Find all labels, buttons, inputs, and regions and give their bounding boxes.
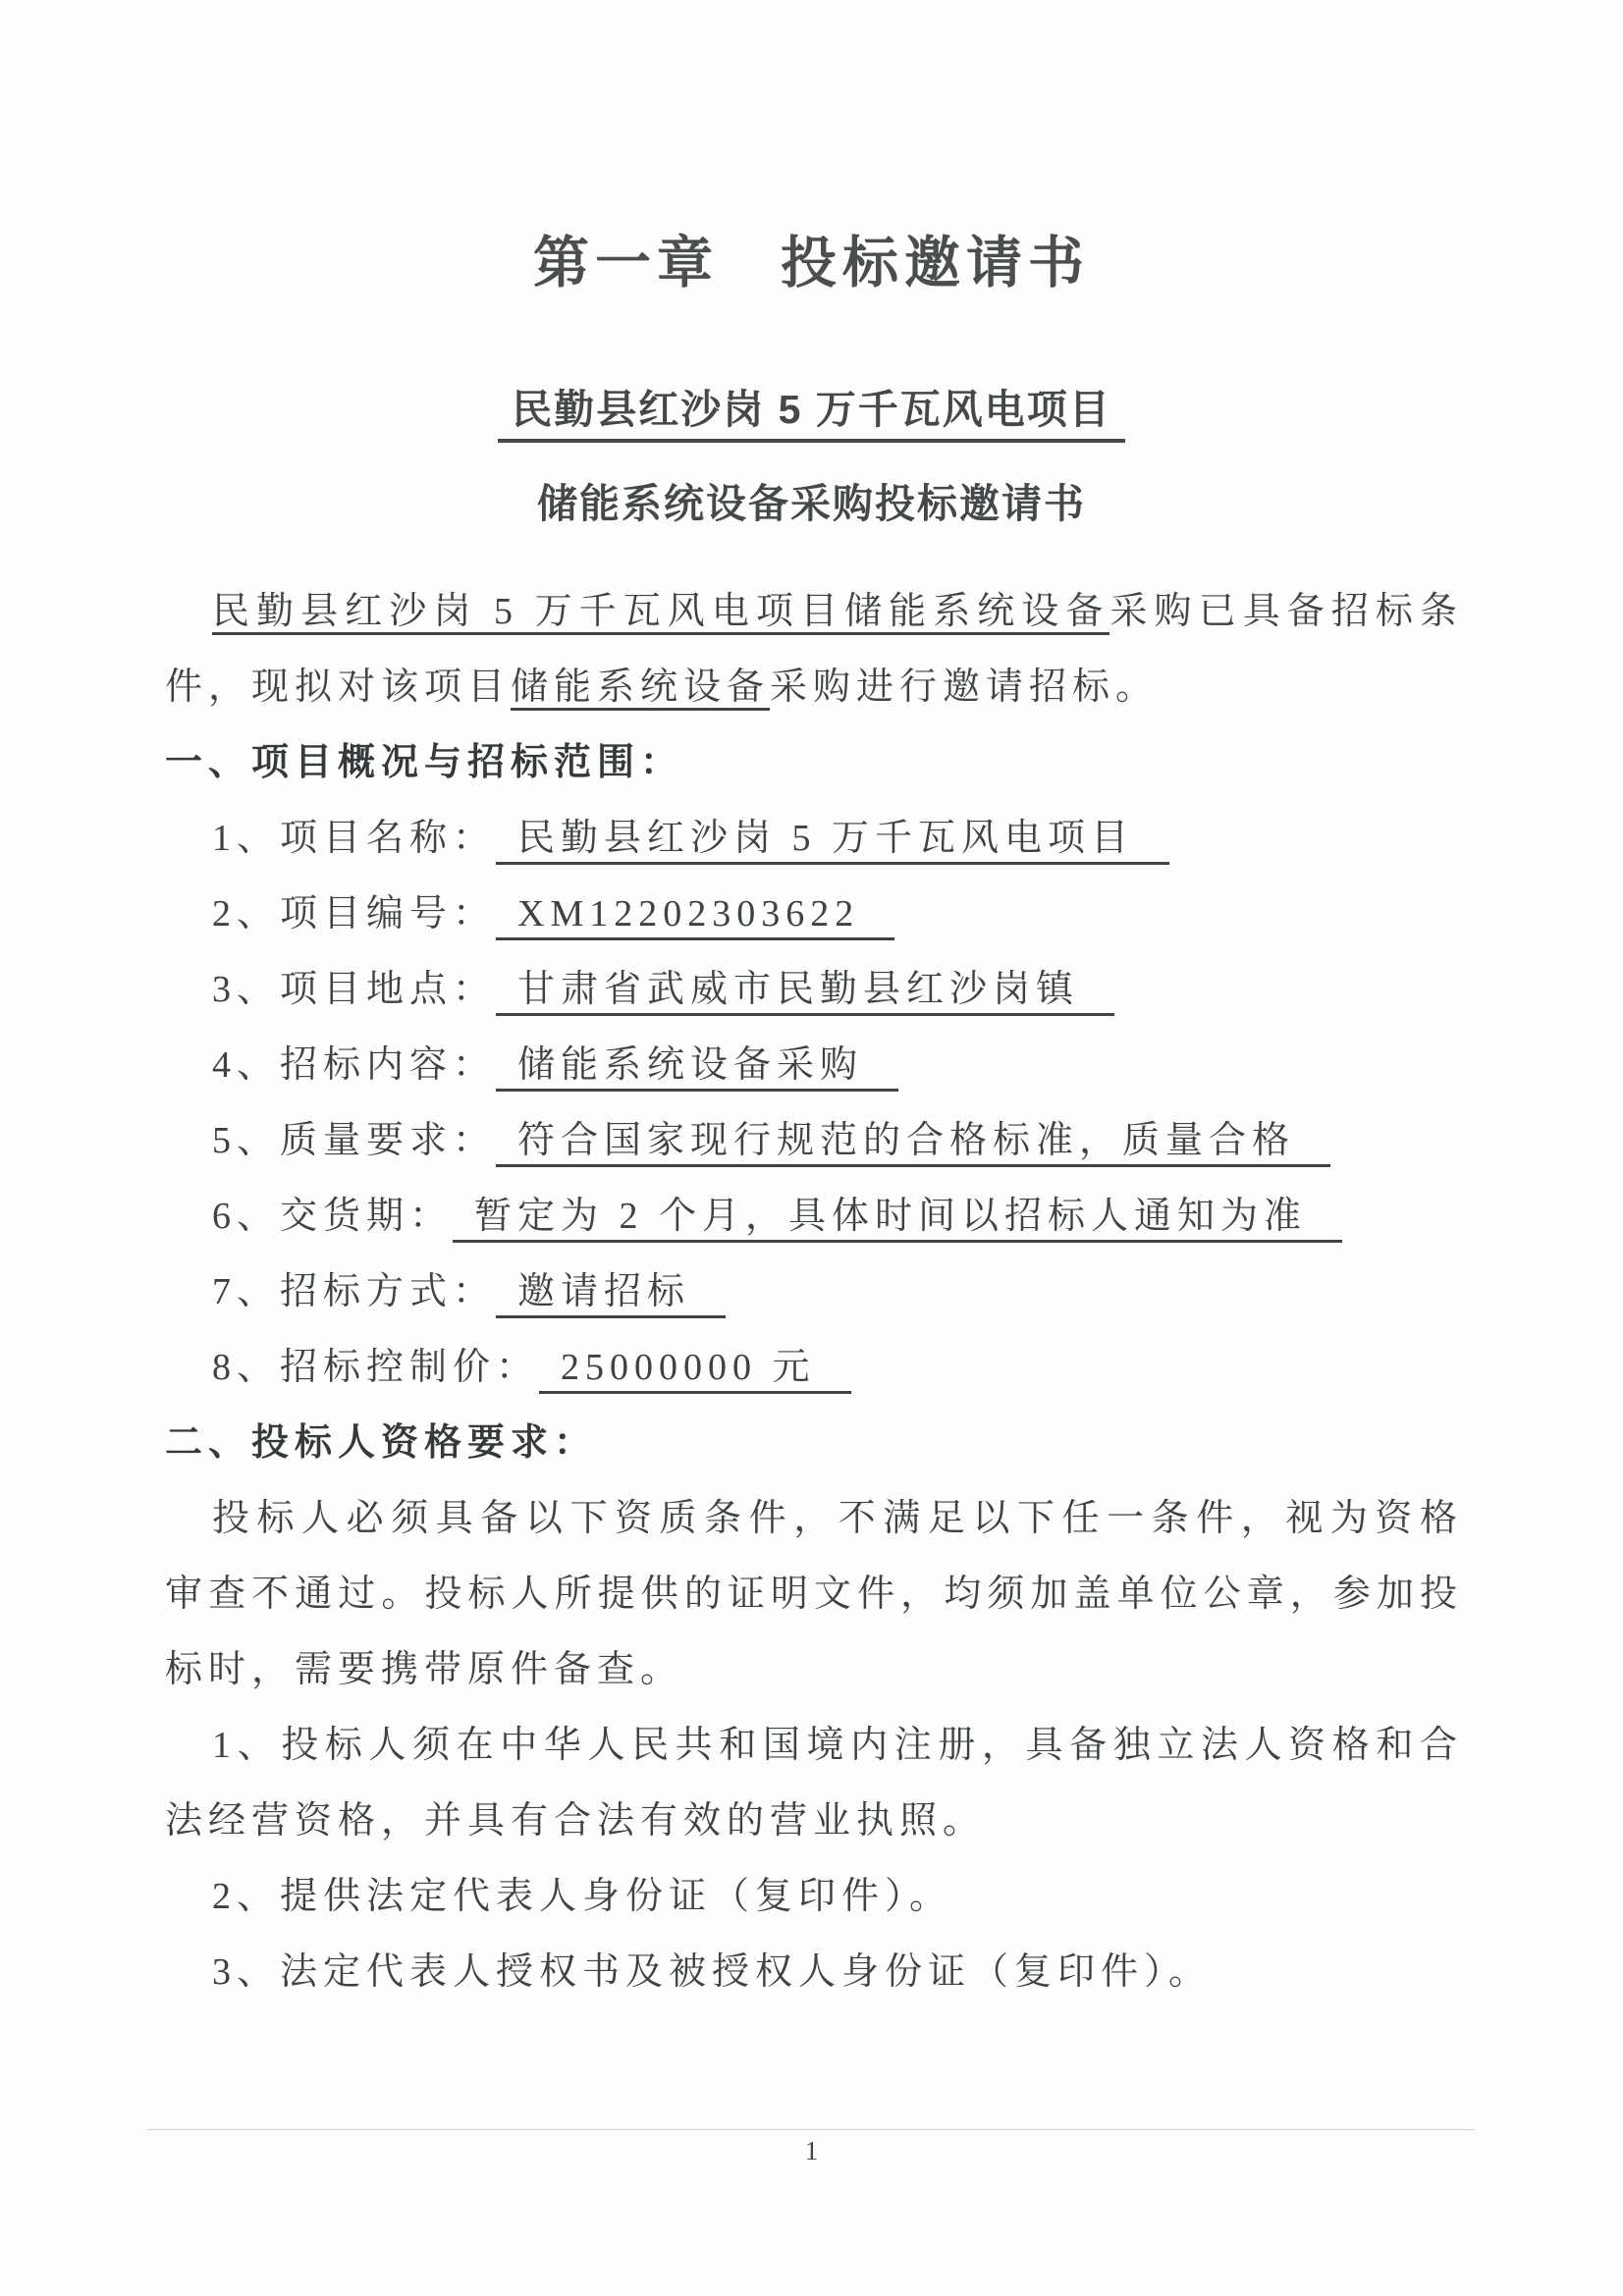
item-bid-content-label: 4、招标内容： (212, 1044, 496, 1086)
item-quality-requirement: 5、质量要求：符合国家现行规范的合格标准，质量合格 (165, 1103, 1463, 1179)
item-delivery-period-label: 6、交货期： (212, 1196, 453, 1237)
item-bid-content-value: 储能系统设备采购 (496, 1044, 898, 1092)
item-project-location-value: 甘肃省武威市民勤县红沙岗镇 (496, 969, 1114, 1016)
qualification-item-3: 3、法定代表人授权书及被授权人身份证（复印件）。 (165, 1935, 1463, 2010)
qualification-item-1: 1、投标人须在中华人民共和国境内注册，具备独立法人资格和合法经营资格，并具有合法… (165, 1708, 1463, 1859)
item-quality-requirement-value: 符合国家现行规范的合格标准，质量合格 (496, 1120, 1330, 1167)
bidder-qualification-paragraph: 投标人必须具备以下资质条件，不满足以下任一条件，视为资格审查不通过。投标人所提供… (165, 1481, 1463, 1708)
item-quality-requirement-label: 5、质量要求： (212, 1120, 496, 1161)
page-number: 1 (0, 2136, 1623, 2166)
item-project-name-value: 民勤县红沙岗 5 万千瓦风电项目 (496, 818, 1169, 865)
item-control-price-label: 8、招标控制价： (212, 1347, 539, 1388)
item-project-number-label: 2、项目编号： (212, 893, 496, 934)
intro-text-2: 采购进行邀请招标。 (770, 667, 1159, 708)
item-project-number: 2、项目编号：XM12202303622 (165, 877, 1463, 952)
item-project-name: 1、项目名称：民勤县红沙岗 5 万千瓦风电项目 (165, 801, 1463, 877)
intro-project-name-underlined: 民勤县红沙岗 5 万千瓦风电项目储能系统设备 (212, 591, 1109, 635)
intro-paragraph: 民勤县红沙岗 5 万千瓦风电项目储能系统设备采购已具备招标条件，现拟对该项目储能… (165, 574, 1463, 725)
item-bid-method-value: 邀请招标 (496, 1271, 726, 1318)
section1-heading: 一、项目概况与招标范围： (165, 725, 1463, 801)
item-bid-content: 4、招标内容：储能系统设备采购 (165, 1028, 1463, 1103)
item-bid-method-label: 7、招标方式： (212, 1271, 496, 1312)
document-page: 第一章 投标邀请书 民勤县红沙岗 5 万千瓦风电项目 储能系统设备采购投标邀请书… (0, 0, 1623, 2296)
procurement-subtitle: 储能系统设备采购投标邀请书 (0, 480, 1623, 527)
item-project-number-value: XM12202303622 (496, 893, 894, 940)
document-body: 民勤县红沙岗 5 万千瓦风电项目储能系统设备采购已具备招标条件，现拟对该项目储能… (0, 574, 1623, 2010)
footer-divider (147, 2129, 1475, 2130)
item-control-price-value: 25000000 元 (539, 1347, 851, 1394)
project-subtitle-text: 民勤县红沙岗 5 万千瓦风电项目 (498, 386, 1125, 443)
chapter-title: 第一章 投标邀请书 (0, 234, 1623, 294)
item-delivery-period-value: 暂定为 2 个月，具体时间以招标人通知为准 (453, 1196, 1342, 1243)
item-project-location: 3、项目地点：甘肃省武威市民勤县红沙岗镇 (165, 952, 1463, 1028)
section2-heading: 二、投标人资格要求： (165, 1406, 1463, 1481)
qualification-item-2: 2、提供法定代表人身份证（复印件）。 (165, 1859, 1463, 1935)
intro-storage-system-underlined: 储能系统设备 (511, 667, 770, 711)
item-bid-method: 7、招标方式：邀请招标 (165, 1255, 1463, 1330)
item-delivery-period: 6、交货期：暂定为 2 个月，具体时间以招标人通知为准 (165, 1179, 1463, 1255)
item-project-location-label: 3、项目地点： (212, 969, 496, 1010)
item-project-name-label: 1、项目名称： (212, 818, 496, 859)
item-control-price: 8、招标控制价：25000000 元 (165, 1330, 1463, 1406)
project-subtitle: 民勤县红沙岗 5 万千瓦风电项目 (0, 386, 1623, 443)
